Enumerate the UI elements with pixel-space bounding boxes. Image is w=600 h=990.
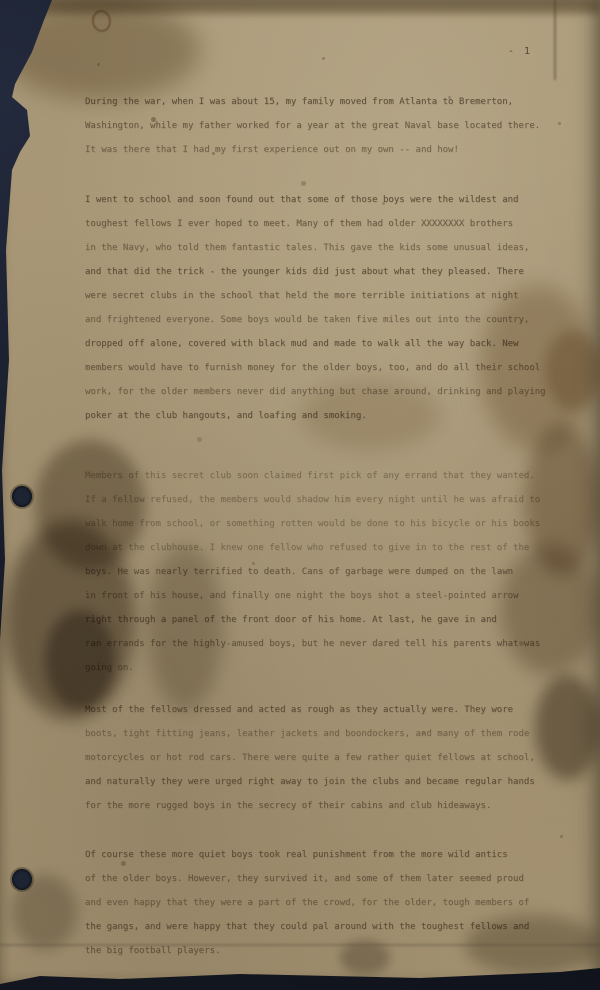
typewritten-text: During the war, when I was about 15, my … — [85, 0, 555, 990]
text-line: Of course these more quiet boys took rea… — [85, 843, 555, 867]
text-line: right through a panel of the front door … — [85, 608, 555, 632]
text-line: for the more rugged boys in the secrecy … — [85, 794, 555, 818]
text-line: were secret clubs in the school that hel… — [85, 284, 555, 308]
text-line: Washington, while my father worked for a… — [85, 114, 555, 138]
text-line: dropped off alone, covered with black mu… — [85, 332, 555, 356]
crease-horizontal — [0, 944, 600, 946]
crease-vertical — [554, 0, 556, 80]
text-line: of the older boys. However, they survive… — [85, 867, 555, 891]
text-line: If a fellow refused, the members would s… — [85, 488, 555, 512]
paragraph: I went to school and soon found out that… — [85, 188, 555, 428]
text-line: going on. — [85, 656, 555, 680]
text-line: I went to school and soon found out that… — [85, 188, 555, 212]
text-line: the gangs, and were happy that they coul… — [85, 915, 555, 939]
text-line: in front of his house, and finally one n… — [85, 584, 555, 608]
text-line: and naturally they were urged right away… — [85, 770, 555, 794]
text-line: poker at the club hangouts, and loafing … — [85, 404, 555, 428]
text-line: walk home from school, or something rott… — [85, 512, 555, 536]
text-line: boots, tight fitting jeans, leather jack… — [85, 722, 555, 746]
text-line: down at the clubhouse. I knew one fellow… — [85, 536, 555, 560]
paragraph: During the war, when I was about 15, my … — [85, 90, 555, 162]
paragraph: Most of the fellows dressed and acted as… — [85, 698, 555, 818]
text-line: Most of the fellows dressed and acted as… — [85, 698, 555, 722]
text-line: Members of this secret club soon claimed… — [85, 464, 555, 488]
text-line: and even happy that they were a part of … — [85, 891, 555, 915]
text-line: boys. He was nearly terrified to death. … — [85, 560, 555, 584]
paragraph: Members of this secret club soon claimed… — [85, 464, 555, 680]
punch-hole-lower — [12, 869, 32, 890]
punch-hole-upper — [12, 486, 32, 507]
text-line: and that did the trick - the younger kid… — [85, 260, 555, 284]
text-line: in the Navy, who told them fantastic tal… — [85, 236, 555, 260]
text-line: and frightened everyone. Some boys would… — [85, 308, 555, 332]
text-line: During the war, when I was about 15, my … — [85, 90, 555, 114]
document-page: - 1 During the war, when I was about 15,… — [0, 0, 600, 990]
text-line: the big football players. — [85, 939, 555, 963]
text-line: It was there that I had my first experie… — [85, 138, 555, 162]
text-line: ran errands for the highly-amused boys, … — [85, 632, 555, 656]
text-line: toughest fellows I ever hoped to meet. M… — [85, 212, 555, 236]
text-line: members would have to furnish money for … — [85, 356, 555, 380]
text-line: work, for the older members never did an… — [85, 380, 555, 404]
text-line: motorcycles or hot rod cars. There were … — [85, 746, 555, 770]
